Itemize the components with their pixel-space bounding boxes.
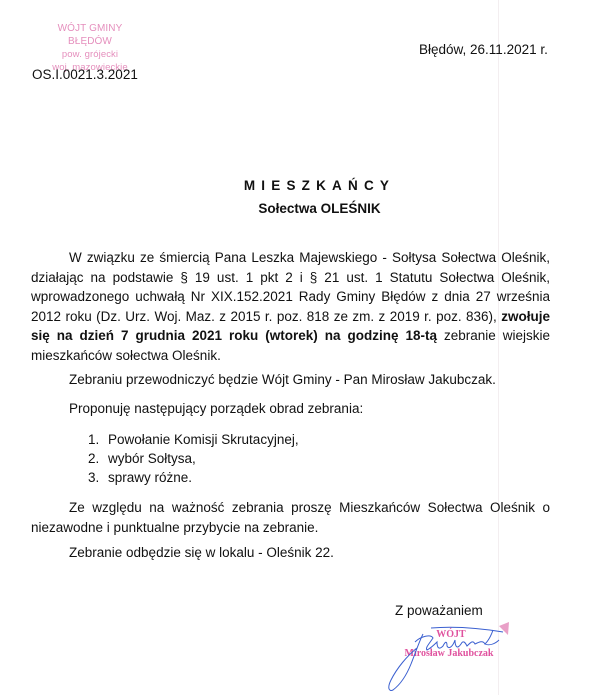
agenda-intro: Proponuję następujący porządek obrad zeb… — [69, 401, 363, 416]
stamp-line-office: WÓJT GMINY BŁĘDÓW — [40, 22, 140, 48]
agenda-item: 3. sprawy różne. — [88, 468, 299, 487]
announcement-paragraph: W związku ze śmiercią Pana Leszka Majews… — [31, 248, 550, 366]
agenda-item-text: wybór Sołtysa, — [108, 449, 196, 468]
agenda-item-number: 3. — [88, 468, 108, 487]
agenda-item: 1. Powołanie Komisji Skrutacyjnej, — [88, 430, 299, 449]
stamp-corner-mark-icon — [498, 622, 510, 636]
agenda-list: 1. Powołanie Komisji Skrutacyjnej, 2. wy… — [88, 430, 299, 487]
signature-stamp-role: WÓJT — [394, 628, 504, 642]
agenda-item-text: sprawy różne. — [108, 468, 192, 487]
document-subtitle: Sołectwa OLEŚNIK — [0, 201, 599, 216]
document-title: MIESZKAŃCY — [0, 178, 599, 193]
validity-paragraph: Ze względu na ważność zebrania proszę Mi… — [31, 498, 550, 537]
location-sentence: Zebranie odbędzie się w lokalu - Oleśnik… — [69, 545, 334, 560]
agenda-item-text: Powołanie Komisji Skrutacyjnej, — [108, 430, 299, 449]
agenda-item-number: 2. — [88, 449, 108, 468]
agenda-item-number: 1. — [88, 430, 108, 449]
signature-stamp: WÓJT Mirosław Jakubczak — [394, 628, 504, 661]
place-date: Błędów, 26.11.2021 r. — [419, 42, 548, 57]
stamp-line-county: pow. grójecki — [40, 48, 140, 61]
signature-stamp-name: Mirosław Jakubczak — [394, 647, 504, 661]
reference-number: OS.I.0021.3.2021 — [32, 67, 138, 82]
chair-sentence: Zebraniu przewodniczyć będzie Wójt Gminy… — [69, 372, 496, 387]
agenda-item: 2. wybór Sołtysa, — [88, 449, 299, 468]
announcement-text-before: W związku ze śmiercią Pana Leszka Majews… — [31, 250, 550, 324]
closing-regards: Z poważaniem — [395, 603, 483, 618]
